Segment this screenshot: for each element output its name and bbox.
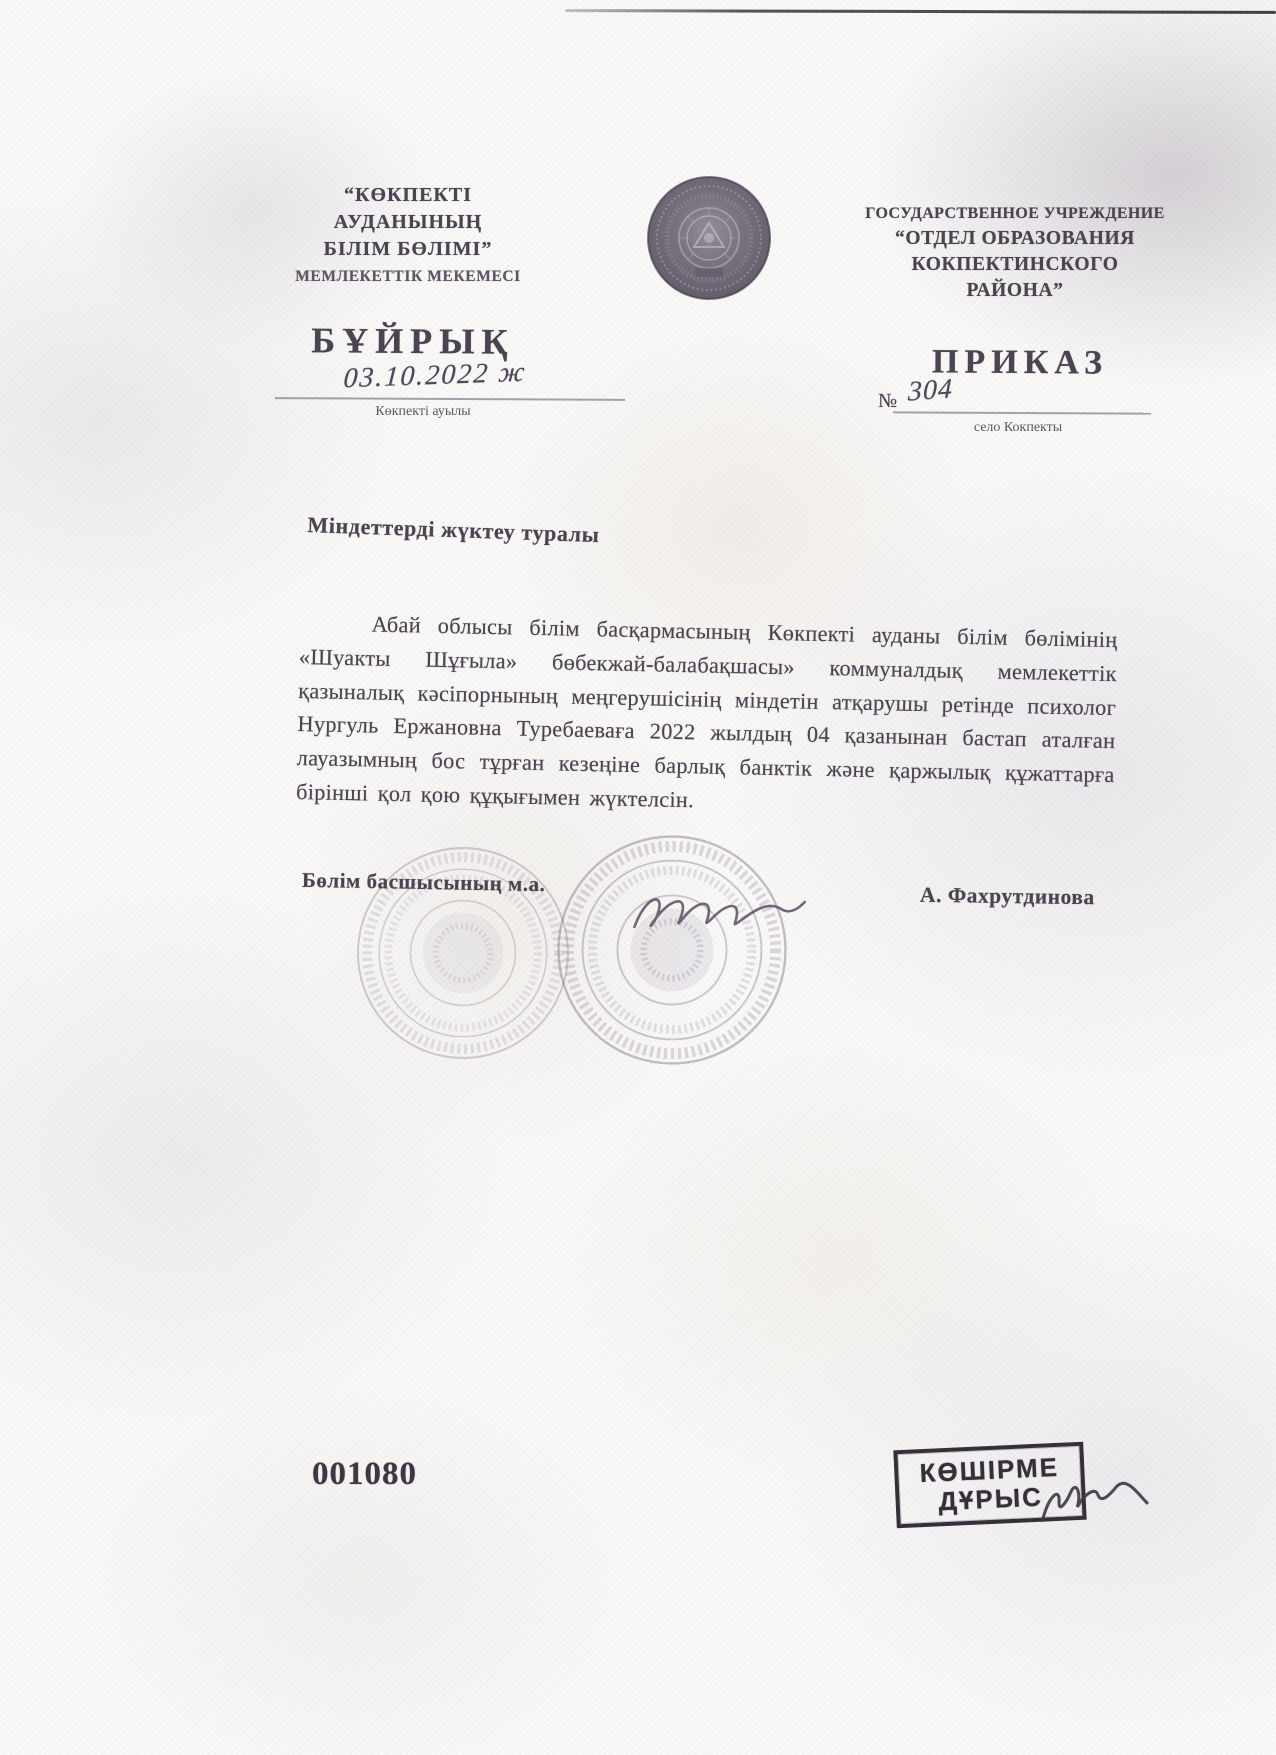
number-sign-label: № [878,390,897,413]
handwritten-date: 03.10.2022 ж [304,355,566,396]
round-seal-stamp-icon [552,830,792,1070]
signer-position: Бөлім басшысының м.а. [302,868,546,897]
org-name-russian: ГОСУДАРСТВЕННОЕ УЧРЕЖДЕНИЕ “ОТДЕЛ ОБРАЗО… [855,202,1175,304]
org-name-kazakh: “КӨКПЕКТІ АУДАНЫНЫҢ БІЛІМ БӨЛІМІ” МЕМЛЕК… [258,182,558,286]
place-kazakh: Көкпекті ауылы [323,404,523,420]
org-name-ru-line1: “ОТДЕЛ ОБРАЗОВАНИЯ [855,226,1175,252]
order-body-paragraph: Абай облысы білім басқармасының Көкпекті… [296,606,1118,826]
date-rule-line [275,397,625,401]
order-subject: Міндеттерді жүктеу туралы [307,512,600,548]
order-title-russian: ПРИКАЗ [932,343,1108,382]
place-russian: село Кокпекты [958,420,1078,436]
number-rule-line [893,411,1151,414]
signer-name: А. Фахрутдинова [920,883,1095,910]
copy-stamp-signature-icon [1029,1466,1154,1536]
org-type-ru: ГОСУДАРСТВЕННОЕ УЧРЕЖДЕНИЕ [855,202,1175,226]
org-name-ru-line3: РАЙОНА” [855,278,1175,304]
handwritten-order-number: 304 [908,373,953,408]
handwritten-signature-icon [627,881,811,945]
org-name-kk-line3: БІЛІМ БӨЛІМІ” [258,236,558,263]
scanned-document-page: “КӨКПЕКТІ АУДАНЫНЫҢ БІЛІМ БӨЛІМІ” МЕМЛЕК… [0,0,1276,1755]
org-name-kk-line1: “КӨКПЕКТІ [258,182,558,209]
org-name-ru-line2: КОКПЕКТИНСКОГО [855,252,1175,278]
copy-stamp-line2: ДҰРЫС [938,1483,1044,1517]
form-number: 001080 [312,1456,417,1493]
org-name-kk-line2: АУДАНЫНЫҢ [258,209,558,236]
scan-artifact-line [565,9,1276,14]
org-type-kk: МЕМЛЕКЕТТІК МЕКЕМЕСІ [258,268,558,286]
state-emblem-icon [645,176,773,304]
